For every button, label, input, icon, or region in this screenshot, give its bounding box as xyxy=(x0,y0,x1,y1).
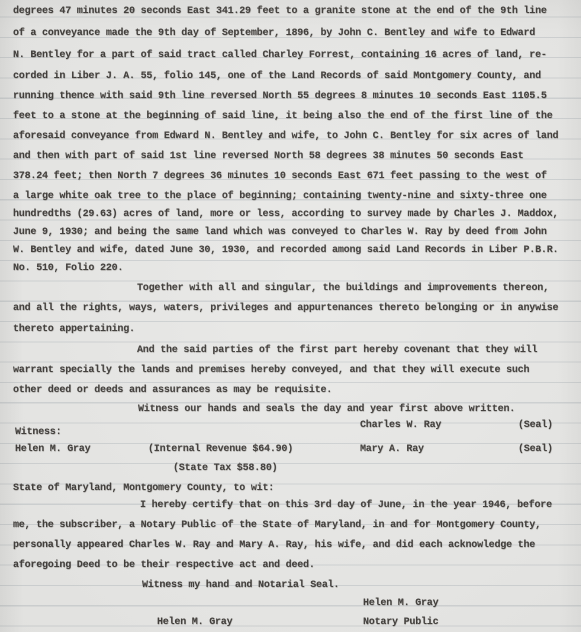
deed-body-line: running thence with said 9th line revers… xyxy=(13,91,547,102)
deed-body-line: and then with part of said 1st line reve… xyxy=(13,151,524,162)
grantor2-signature: Mary A. Ray xyxy=(360,444,424,455)
witness-signature: Helen M. Gray xyxy=(15,444,90,455)
deed-body-line: W. Bentley and wife, dated June 30, 1930… xyxy=(13,245,558,256)
deed-page: degrees 47 minutes 20 seconds East 341.2… xyxy=(0,0,581,632)
notary-certificate-line: personally appeared Charles W. Ray and M… xyxy=(13,540,535,551)
covenant-clause-line: other deed or deeds and assurances as ma… xyxy=(13,385,332,396)
notary-title: Notary Public xyxy=(363,617,438,628)
together-clause-line: thereto appertaining. xyxy=(13,324,135,335)
deed-body-line: hundredths (29.63) acres of land, more o… xyxy=(13,209,558,220)
state-tax-note: (State Tax $58.80) xyxy=(173,463,277,474)
covenant-clause-line: warrant specially the lands and premises… xyxy=(13,365,529,376)
notary-certificate-line: me, the subscriber, a Notary Public of t… xyxy=(13,520,541,531)
seal-label: (Seal) xyxy=(518,444,553,455)
covenant-clause-line: And the said parties of the first part h… xyxy=(137,345,537,356)
deed-body-line: aforesaid conveyance from Edward N. Bent… xyxy=(13,131,558,142)
deed-body-line: degrees 47 minutes 20 seconds East 341.2… xyxy=(13,6,547,17)
deed-body-line: 378.24 feet; then North 7 degrees 36 min… xyxy=(13,171,547,182)
grantor1-signature: Charles W. Ray xyxy=(360,420,441,431)
attestation-line: Witness our hands and seals the day and … xyxy=(138,404,515,415)
notary-witness-signature: Helen M. Gray xyxy=(157,617,232,628)
notary-jurisdiction-line: State of Maryland, Montgomery County, to… xyxy=(13,483,274,494)
deed-body-line: N. Bentley for a part of said tract call… xyxy=(13,50,547,61)
deed-body-line: feet to a stone at the beginning of said… xyxy=(13,111,553,122)
deed-body-line: a large white oak tree to the place of b… xyxy=(13,191,547,202)
notary-closing-line: Witness my hand and Notarial Seal. xyxy=(142,580,339,591)
notary-signature: Helen M. Gray xyxy=(363,598,438,609)
deed-body-line: No. 510, Folio 220. xyxy=(13,263,123,274)
together-clause-line: Together with all and singular, the buil… xyxy=(137,283,549,294)
seal-label: (Seal) xyxy=(518,420,553,431)
deed-body-line: of a conveyance made the 9th day of Sept… xyxy=(13,28,535,39)
deed-body-line: corded in Liber J. A. 55, folio 145, one… xyxy=(13,71,541,82)
internal-revenue-note: (Internal Revenue $64.90) xyxy=(148,444,293,455)
deed-body-line: June 9, 1930; and being the same land wh… xyxy=(13,227,547,238)
witness-label: Witness: xyxy=(15,427,61,438)
together-clause-line: and all the rights, ways, waters, privil… xyxy=(13,303,558,314)
notary-certificate-line: aforegoing Deed to be their respective a… xyxy=(13,560,315,571)
notary-certificate-line: I hereby certify that on this 3rd day of… xyxy=(140,500,552,511)
